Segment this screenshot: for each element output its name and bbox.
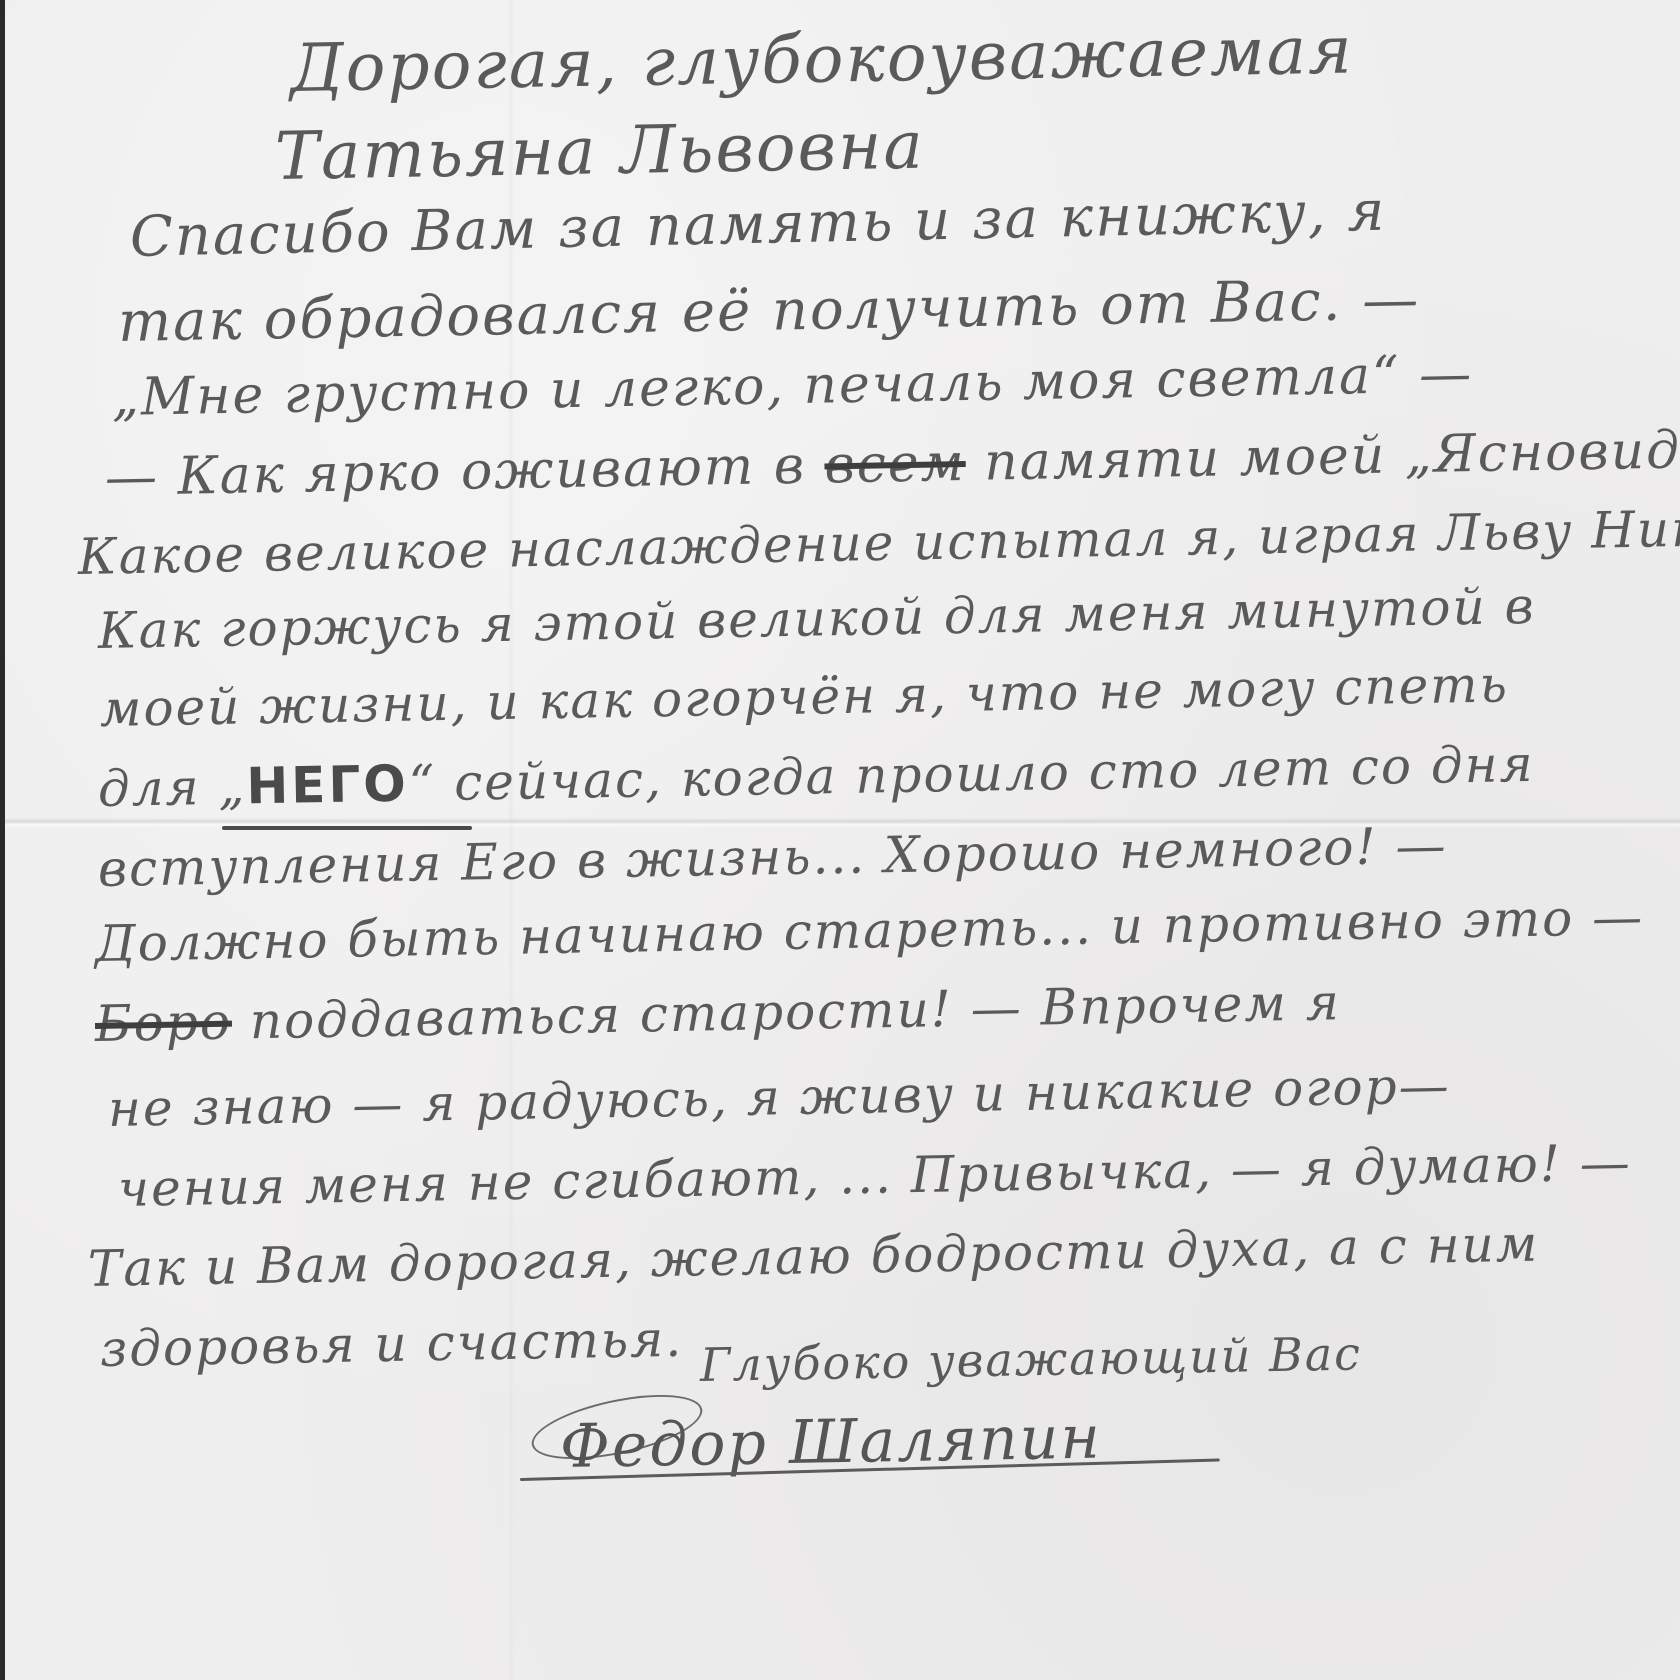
salutation-line-2: Татьяна Львовна xyxy=(274,107,925,195)
emphasized-word: НЕГО xyxy=(246,755,409,816)
struck-out-word: всем xyxy=(824,433,966,495)
emphasis-underline xyxy=(222,826,472,830)
scan-edge xyxy=(0,0,5,1680)
body-text: для „ xyxy=(97,757,246,818)
closing: Глубоко уважающий Вас xyxy=(700,1326,1363,1392)
struck-out-word: Боро xyxy=(94,993,232,1053)
body-line: здоровья и счастья. xyxy=(99,1310,683,1378)
body-text: — Как ярко оживают в xyxy=(104,435,825,508)
